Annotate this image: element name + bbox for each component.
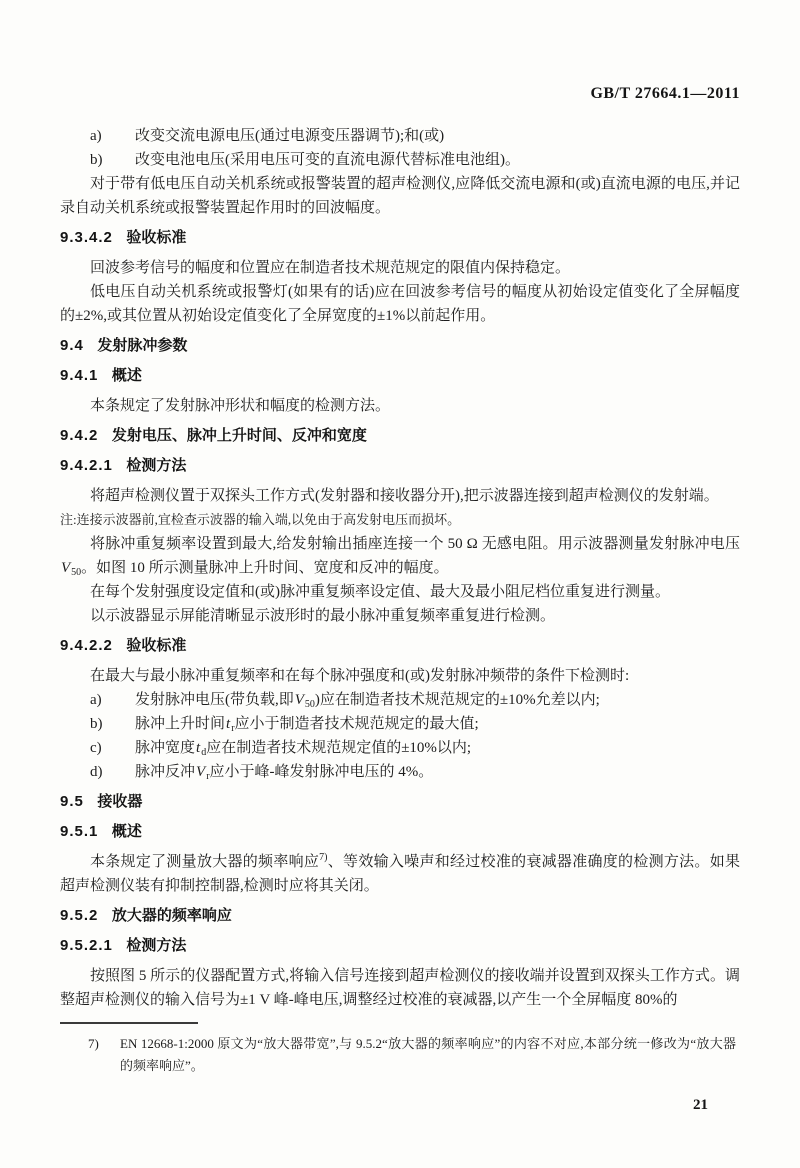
para-auto-shutdown: 对于带有低电压自动关机系统或报警装置的超声检测仪,应降低交流电源和(或)直流电源… — [60, 172, 740, 220]
heading-9-5-2: 9.5.2放大器的频率响应 — [60, 904, 740, 928]
document-page: GB/T 27664.1—2011 a) 改变交流电源电压(通过电源变压器调节)… — [0, 0, 800, 1168]
list-item-label: a) — [90, 124, 135, 148]
variable-v: V — [60, 560, 71, 576]
list-item-text: 改变交流电源电压(通过电源变压器调节);和(或) — [135, 124, 740, 148]
page-number: 21 — [60, 1097, 740, 1114]
criteria-item-a: a) 发射脉冲电压(带负载,即V50)应在制造者技术规范规定的±10%允差以内; — [60, 688, 740, 712]
heading-9-4: 9.4发射脉冲参数 — [60, 334, 740, 358]
heading-title: 检测方法 — [126, 457, 186, 474]
criteria-pre: 脉冲上升时间 — [135, 716, 225, 732]
criteria-pre: 脉冲反冲 — [135, 764, 195, 780]
criteria-pre: 发射脉冲电压(带负载,即 — [135, 692, 294, 708]
variable: V — [195, 764, 206, 780]
criteria-item-c: c) 脉冲宽度td应在制造者技术规范规定值的±10%以内; — [60, 736, 740, 760]
criteria-pre: 脉冲宽度 — [135, 740, 195, 756]
note-oscilloscope: 注:连接示波器前,宜检查示波器的输入端,以免由于高发射电压而损坏。 — [60, 508, 740, 532]
heading-number: 9.4.1 — [60, 367, 98, 384]
heading-9-5: 9.5接收器 — [60, 790, 740, 814]
heading-9-4-2: 9.4.2发射电压、脉冲上升时间、反冲和宽度 — [60, 424, 740, 448]
variable: V — [294, 692, 305, 708]
heading-number: 9.5.2.1 — [60, 937, 113, 954]
criteria-post: 应小于峰-峰发射脉冲电压的 4%。 — [210, 764, 434, 780]
list-item-text: 改变电池电压(采用电压可变的直流电源代替标准电池组)。 — [135, 148, 740, 172]
para-repeat-measurement: 在每个发射强度设定值和(或)脉冲重复频率设定值、最大及最小阻尼档位重复进行测量。 — [60, 580, 740, 604]
criteria-post: 应在制造者技术规范规定值的±10%以内; — [206, 740, 471, 756]
footnote-separator — [60, 1022, 198, 1024]
heading-title: 发射脉冲参数 — [97, 337, 187, 354]
heading-9-4-2-2: 9.4.2.2验收标准 — [60, 634, 740, 658]
doc-header: GB/T 27664.1—2011 — [60, 84, 740, 104]
footnote: 7) EN 12668-1:2000 原文为“放大器带宽”,与 9.5.2“放大… — [60, 1033, 740, 1077]
para-prf-post: 。如图 10 所示测量脉冲上升时间、宽度和反冲的幅度。 — [81, 560, 449, 576]
list-item-text: 发射脉冲电压(带负载,即V50)应在制造者技术规范规定的±10%允差以内; — [135, 688, 740, 712]
para-prf-measurement: 将脉冲重复频率设置到最大,给发射输出插座连接一个 50 Ω 无感电阻。用示波器测… — [60, 532, 740, 580]
para-echo-reference: 回波参考信号的幅度和位置应在制造者技术规范规定的限值内保持稳定。 — [60, 256, 740, 280]
variable-subscript: 50 — [305, 699, 315, 710]
list-item-a: a) 改变交流电源电压(通过电源变压器调节);和(或) — [60, 124, 740, 148]
list-item-text: 脉冲上升时间tr应小于制造者技术规范规定的最大值; — [135, 712, 740, 736]
footnote-label: 7) — [88, 1033, 120, 1077]
criteria-item-b: b) 脉冲上升时间tr应小于制造者技术规范规定的最大值; — [60, 712, 740, 736]
heading-number: 9.5.2 — [60, 907, 98, 924]
para-9-5-1-overview: 本条规定了测量放大器的频率响应7)、等效输入噪声和经过校准的衰减器准确度的检测方… — [60, 850, 740, 898]
para-9-5-2-1-method: 按照图 5 所示的仪器配置方式,将输入信号连接到超声检测仪的接收端并设置到双探头… — [60, 964, 740, 1012]
para-9-5-1-pre: 本条规定了测量放大器的频率响应 — [90, 854, 319, 870]
heading-title: 验收标准 — [126, 637, 186, 654]
para-criteria-intro: 在最大与最小脉冲重复频率和在每个脉冲强度和(或)发射脉冲频带的条件下检测时: — [60, 664, 740, 688]
heading-9-4-1: 9.4.1概述 — [60, 364, 740, 388]
criteria-item-d: d) 脉冲反冲Vr应小于峰-峰发射脉冲电压的 4%。 — [60, 760, 740, 784]
heading-number: 9.4.2.2 — [60, 637, 113, 654]
para-low-voltage-alarm: 低电压自动关机系统或报警灯(如果有的话)应在回波参考信号的幅度从初始设定值变化了… — [60, 280, 740, 328]
heading-9-3-4-2: 9.3.4.2验收标准 — [60, 226, 740, 250]
heading-title: 概述 — [112, 823, 142, 840]
heading-number: 9.4 — [60, 337, 84, 354]
list-item-label: b) — [90, 148, 135, 172]
list-item-label: a) — [90, 688, 135, 712]
heading-9-4-2-1: 9.4.2.1检测方法 — [60, 454, 740, 478]
variable-v-subscript: 50 — [71, 567, 81, 578]
heading-9-5-1: 9.5.1概述 — [60, 820, 740, 844]
list-item-text: 脉冲反冲Vr应小于峰-峰发射脉冲电压的 4%。 — [135, 760, 740, 784]
heading-title: 接收器 — [97, 793, 142, 810]
heading-number: 9.4.2.1 — [60, 457, 113, 474]
heading-title: 放大器的频率响应 — [112, 907, 232, 924]
heading-title: 概述 — [112, 367, 142, 384]
heading-title: 检测方法 — [126, 937, 186, 954]
heading-number: 9.5.1 — [60, 823, 98, 840]
list-item-b: b) 改变电池电压(采用电压可变的直流电源代替标准电池组)。 — [60, 148, 740, 172]
doc-code: GB/T 27664.1—2011 — [590, 85, 740, 102]
list-item-text: 脉冲宽度td应在制造者技术规范规定值的±10%以内; — [135, 736, 740, 760]
list-item-label: b) — [90, 712, 135, 736]
heading-number: 9.3.4.2 — [60, 229, 113, 246]
para-dual-probe-setup: 将超声检测仪置于双探头工作方式(发射器和接收器分开),把示波器连接到超声检测仪的… — [60, 484, 740, 508]
list-item-label: d) — [90, 760, 135, 784]
heading-title: 验收标准 — [126, 229, 186, 246]
list-item-label: c) — [90, 736, 135, 760]
footnote-text: EN 12668-1:2000 原文为“放大器带宽”,与 9.5.2“放大器的频… — [120, 1033, 740, 1077]
heading-number: 9.4.2 — [60, 427, 98, 444]
heading-9-5-2-1: 9.5.2.1检测方法 — [60, 934, 740, 958]
para-prf-pre: 将脉冲重复频率设置到最大,给发射输出插座连接一个 50 Ω 无感电阻。用示波器测… — [90, 536, 740, 552]
para-9-4-1-overview: 本条规定了发射脉冲形状和幅度的检测方法。 — [60, 394, 740, 418]
criteria-post: )应在制造者技术规范规定的±10%允差以内; — [315, 692, 600, 708]
para-min-prf-check: 以示波器显示屏能清晰显示波形时的最小脉冲重复频率重复进行检测。 — [60, 604, 740, 628]
heading-number: 9.5 — [60, 793, 84, 810]
heading-title: 发射电压、脉冲上升时间、反冲和宽度 — [112, 427, 367, 444]
criteria-post: 应小于制造者技术规范规定的最大值; — [235, 716, 479, 732]
footnote-reference: 7) — [319, 852, 327, 863]
